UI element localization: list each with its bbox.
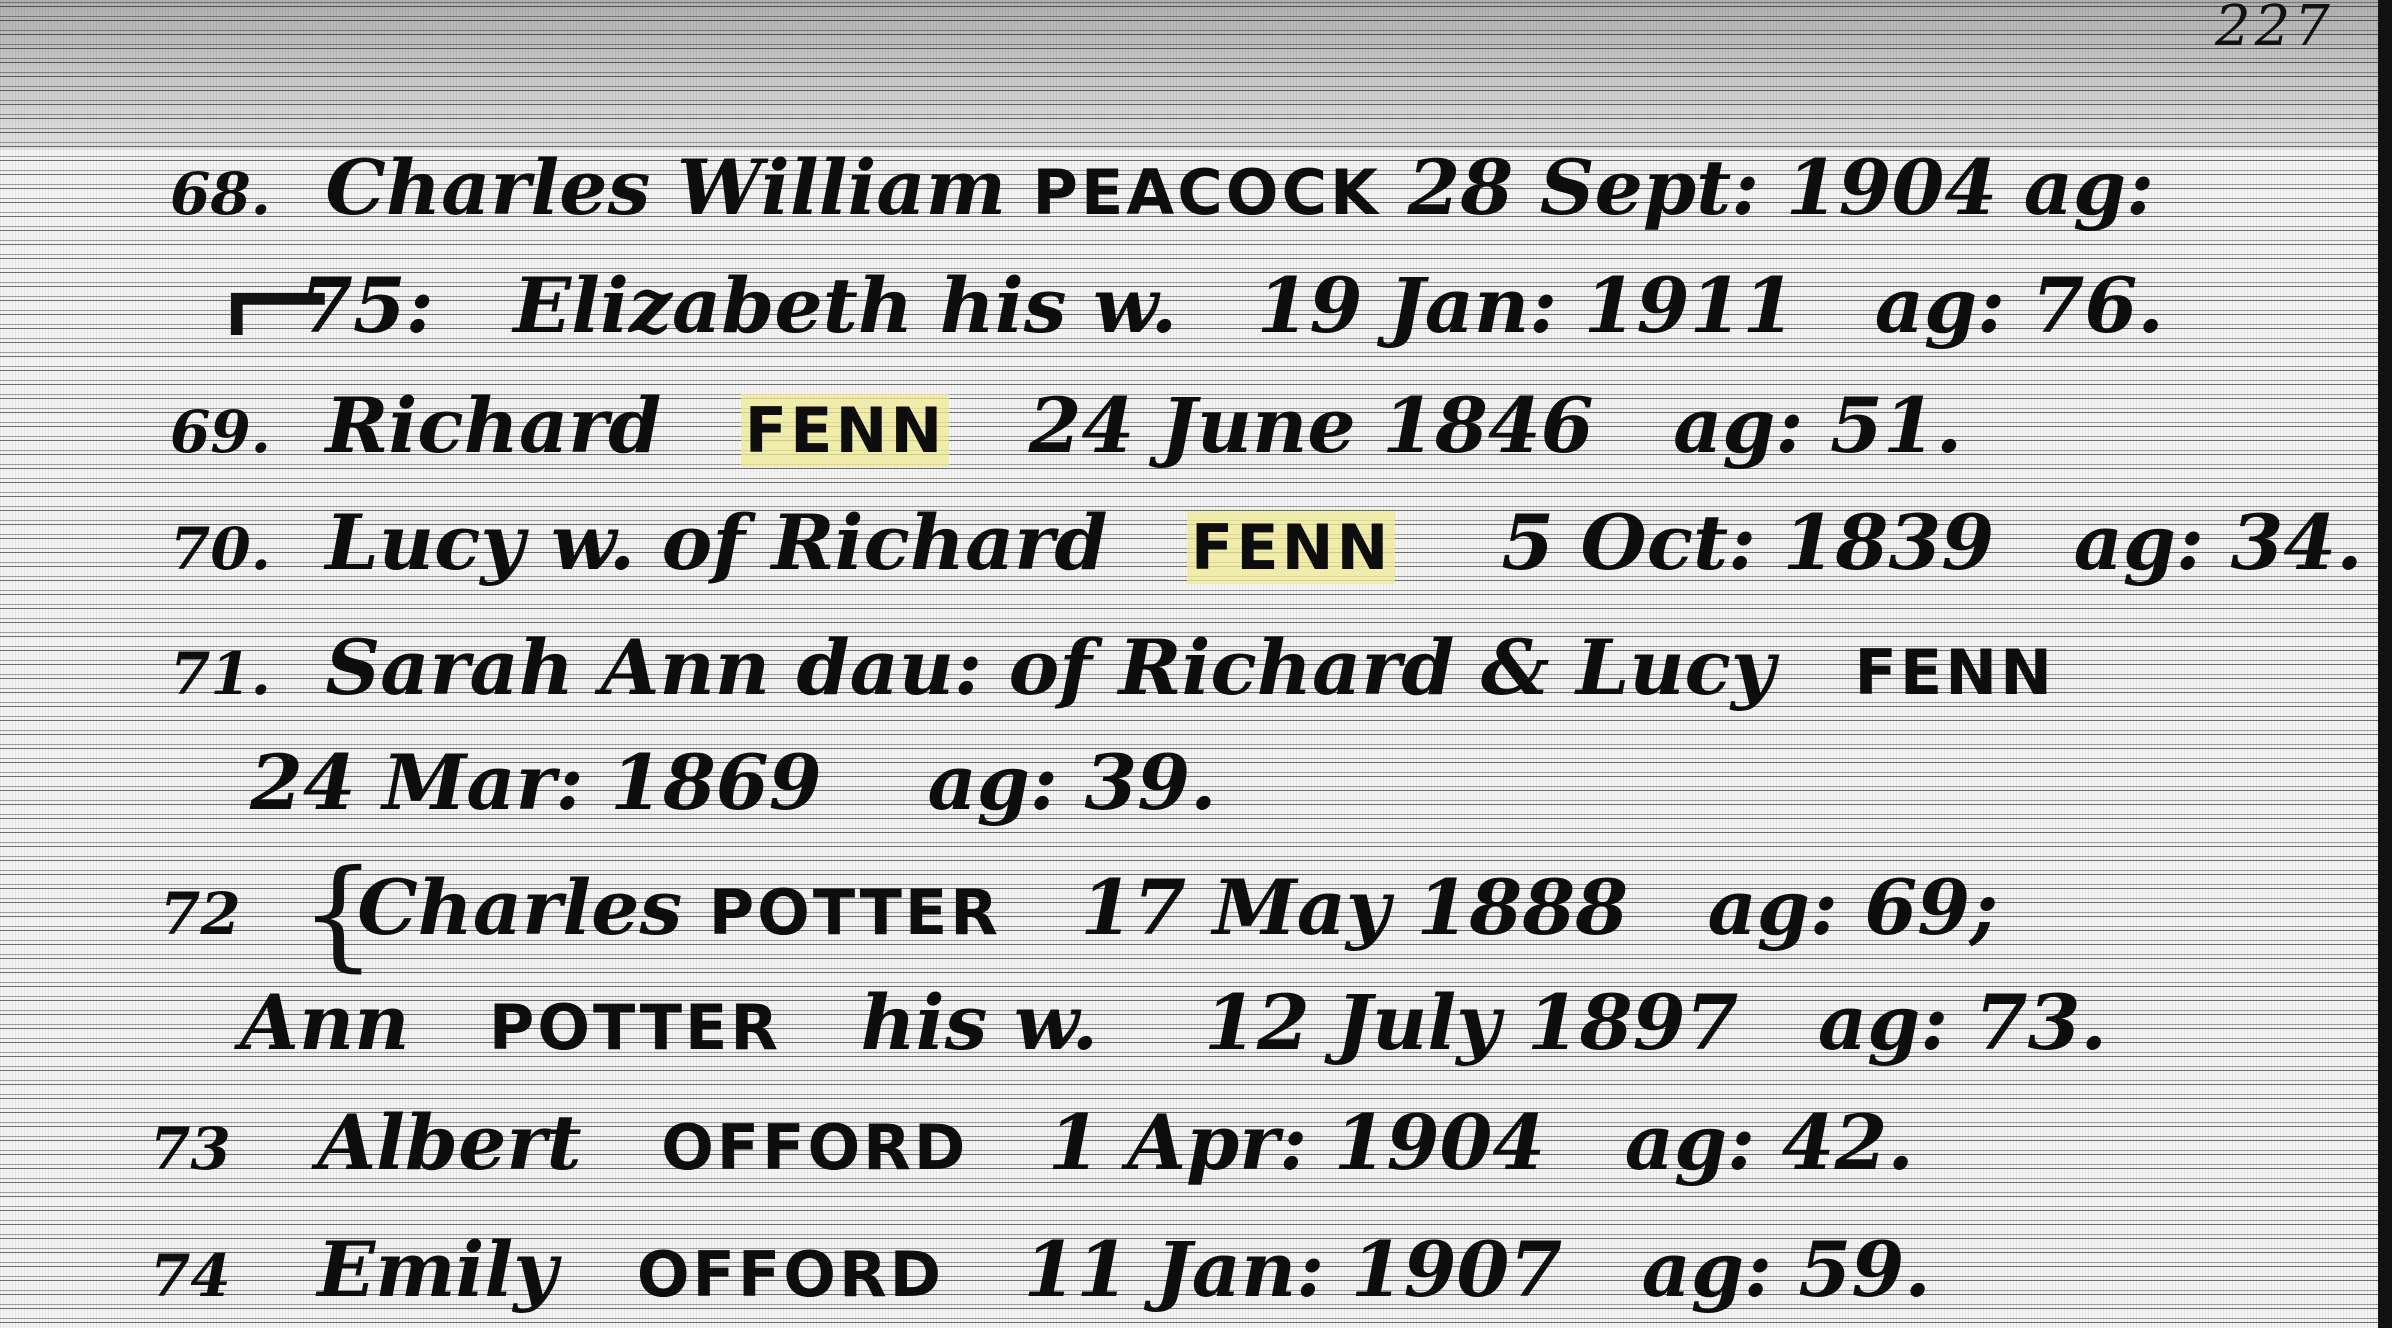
surname: PEACOCK [1033,156,1382,229]
burial-date: 5 Oct: 1839 [1501,498,1994,587]
burial-date: 1 Apr: 1904 [1048,1098,1546,1187]
entry-number: 73 [150,1115,231,1183]
entry-71-continuation: 24 Mar: 1869 ag: 39. [250,745,1217,821]
given-name: Lucy w. of Richard [325,498,1107,587]
burial-date: 17 May 1888 [1080,863,1628,952]
entry-number: 69. [170,398,271,466]
spouse-name: Elizabeth his w. [513,261,1177,350]
burial-date: 19 Jan: 1911 [1257,261,1796,350]
scan-margin [2392,0,2403,1328]
entry-74-line: 74 Emily OFFORD 11 Jan: 1907 ag: 59. [150,1232,1931,1308]
entry-73-line: 73 Albert OFFORD 1 Apr: 1904 ag: 42. [150,1105,1914,1181]
surname: OFFORD [637,1238,944,1311]
age: ag: 39. [928,738,1217,827]
surname: FENN [1854,636,2054,709]
entry-number: 74 [150,1242,231,1310]
surname-highlighted: FENN [741,394,949,467]
register-page: 227 68. Charles William PEACOCK 28 Sept:… [0,0,2378,1328]
scan-edge-border [2378,0,2392,1328]
surname: POTTER [709,876,1001,949]
entry-number: 70. [170,515,271,583]
surname-highlighted: FENN [1187,511,1395,584]
entry-70-line: 70. Lucy w. of Richard FENN 5 Oct: 1839 … [170,505,2363,581]
entry-72-line: 72 Charles POTTER 17 May 1888 ag: 69; [160,870,1998,946]
age: ag: 59. [1642,1225,1931,1314]
surname: OFFORD [661,1111,968,1184]
scan-shade [0,0,2378,150]
entry-71-line: 71. Sarah Ann dau: of Richard & Lucy FEN… [170,630,2055,706]
spouse-given-name: Ann [240,978,409,1067]
given-name: Richard [325,381,661,470]
age-label: ag: [2024,143,2154,232]
entry-69-line: 69. Richard FENN 24 June 1846 ag: 51. [170,388,1962,464]
age: ag: 76. [1875,261,2164,350]
given-name: Charles William [325,143,1006,232]
age: ag: 73. [1818,978,2107,1067]
entry-68-continuation: 75: Elizabeth his w. 19 Jan: 1911 ag: 76… [300,268,2164,344]
bracket-mark: ⌐ [215,230,341,380]
relation: his w. [861,978,1099,1067]
entry-68-line: 68. Charles William PEACOCK 28 Sept: 190… [170,150,2154,226]
entry-number: 71. [170,640,271,708]
burial-date: 24 June 1846 [1029,381,1594,470]
age: ag: 34. [2074,498,2363,587]
spouse-surname: POTTER [489,991,781,1064]
given-name: Emily [317,1225,557,1314]
age: ag: 69; [1707,863,1998,952]
burial-date: 12 July 1897 [1204,978,1738,1067]
burial-date: 24 Mar: 1869 [250,738,822,827]
given-name: Charles [357,863,682,952]
entry-number: 72 [160,880,241,948]
age: ag: 42. [1625,1098,1914,1187]
given-name: Sarah Ann dau: of Richard & Lucy [325,623,1775,712]
entry-72-continuation: Ann POTTER his w. 12 July 1897 ag: 73. [240,985,2107,1061]
age: ag: 51. [1673,381,1962,470]
burial-date: 11 Jan: 1907 [1024,1225,1563,1314]
given-name: Albert [317,1098,581,1187]
burial-date: 28 Sept: 1904 [1408,143,1998,232]
page-number: 227 [2215,0,2334,59]
